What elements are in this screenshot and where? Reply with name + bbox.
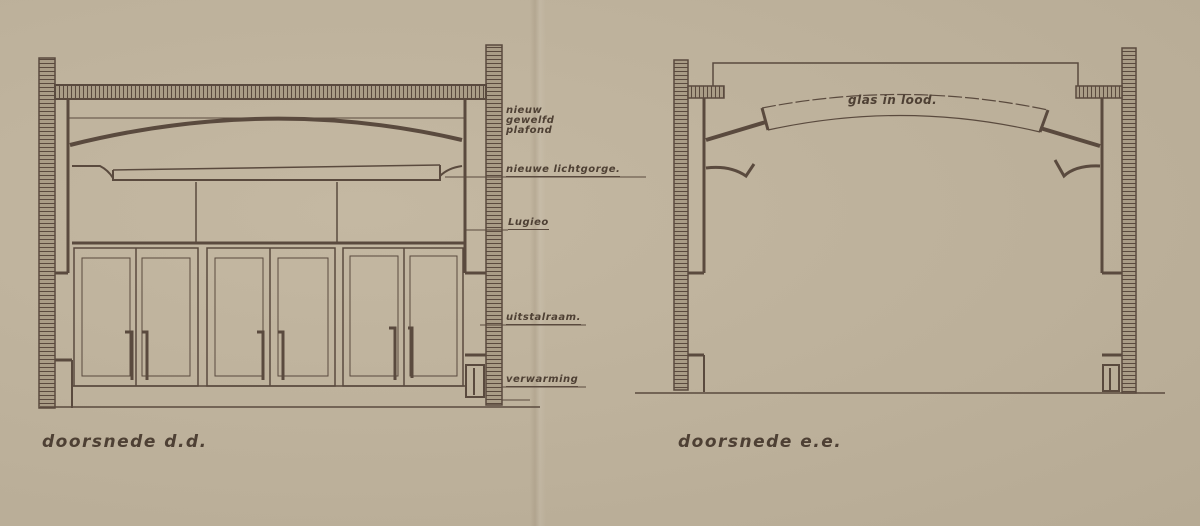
roof-beam (55, 85, 486, 99)
callout-leaded-glass: glas in lood. (848, 95, 937, 105)
door-handles (125, 328, 412, 380)
right-wall (486, 45, 502, 405)
callout-heating: verwarming (506, 375, 578, 387)
section-dd (39, 45, 646, 408)
left-wall (39, 58, 55, 408)
callout-vaulted-ceiling: nieuw gewelfd plafond (506, 106, 586, 136)
section-title-ee: doorsnede e.e. (678, 432, 842, 452)
callout-light-gorge: nieuwe lichtgorge. (506, 165, 620, 177)
section-title-dd: doorsnede d.d. (42, 432, 208, 452)
callout-shop-window: uitstalraam. (506, 313, 581, 325)
drawing-sheet: nieuw gewelfd plafond nieuwe lichtgorge.… (0, 0, 1200, 526)
callout-lugieo: Lugieo (508, 218, 549, 230)
